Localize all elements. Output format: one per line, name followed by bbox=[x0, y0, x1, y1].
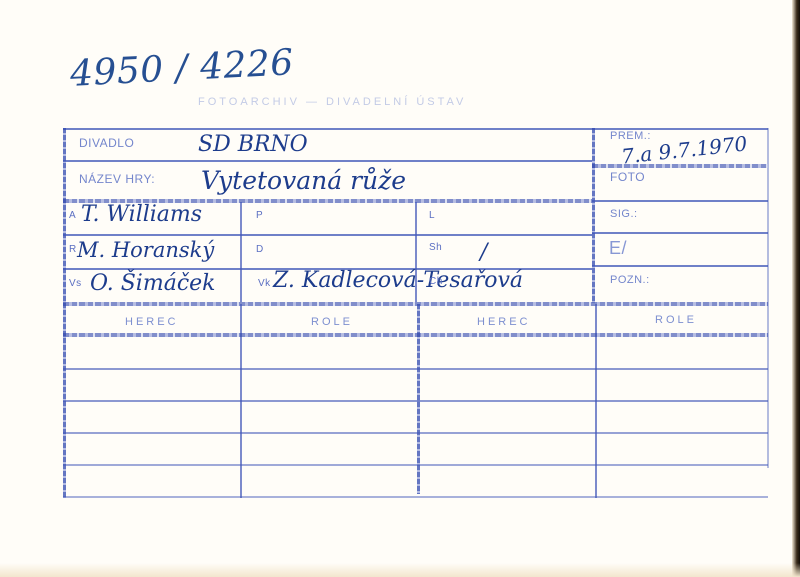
row-line-theatre bbox=[63, 160, 592, 162]
row-line-foto bbox=[592, 200, 768, 202]
record-card-stamp: DIVADLO SD BRNO NÁZEV HRY: Vytetovaná rů… bbox=[63, 128, 768, 498]
credit-value-costume: Z. Kadlecová-Tesařová bbox=[273, 268, 523, 293]
frame-left bbox=[63, 128, 66, 498]
cast-header-role-1: ROLE bbox=[311, 316, 353, 328]
frame-bottom bbox=[63, 496, 768, 498]
credit-label-ch: Ch bbox=[429, 276, 443, 287]
cast-row-line-2 bbox=[63, 400, 768, 402]
credit-label-d: D bbox=[256, 244, 264, 255]
credit-label-sh: Sh bbox=[429, 242, 442, 253]
cast-row-line-1 bbox=[63, 368, 768, 370]
credit-label-director: R bbox=[69, 244, 77, 255]
cast-header-actor-2: HEREC bbox=[477, 316, 531, 328]
frame-top bbox=[63, 128, 768, 130]
premiere-label: PREM.: bbox=[610, 130, 651, 142]
paper-edge bbox=[0, 563, 800, 577]
cast-header-role-2: ROLE bbox=[655, 314, 697, 326]
theatre-label: DIVADLO bbox=[79, 136, 134, 150]
photo-label: FOTO bbox=[610, 170, 645, 184]
credit-label-p: P bbox=[256, 210, 263, 221]
right-column-divider bbox=[592, 128, 595, 303]
row-line-e bbox=[592, 265, 768, 267]
credit-label-costume: Vk bbox=[258, 278, 271, 289]
cast-row-line-4 bbox=[63, 464, 768, 466]
row-line-prem bbox=[592, 164, 768, 168]
play-title-label: NÁZEV HRY: bbox=[79, 172, 155, 186]
cast-row-line-3 bbox=[63, 432, 768, 434]
credit-value-sh: / bbox=[480, 240, 487, 265]
row-line-credits-end bbox=[63, 302, 768, 306]
cast-header-actor-1: HEREC bbox=[125, 316, 179, 328]
credit-value-stage-design: O. Šimáček bbox=[90, 271, 216, 296]
credit-label-l: L bbox=[429, 210, 435, 221]
credit-value-author: T. Williams bbox=[81, 202, 202, 227]
photo-edge-shadow bbox=[792, 0, 800, 577]
signature-label: SIG.: bbox=[610, 208, 638, 220]
row-line-sig bbox=[592, 232, 768, 234]
credit-label-author: A bbox=[69, 210, 76, 221]
row-line-credit-1 bbox=[63, 234, 592, 236]
cast-header-line bbox=[63, 333, 768, 337]
faint-archive-header: FOTOARCHIV — DIVADELNÍ ÚSTAV bbox=[198, 96, 466, 108]
archive-number: 4950 / 4226 bbox=[69, 42, 295, 95]
credit-col-divider-1 bbox=[240, 202, 242, 302]
credit-value-director: M. Horanský bbox=[77, 238, 214, 262]
play-title-value: Vytetovaná růže bbox=[201, 166, 406, 195]
e-label: E/ bbox=[609, 238, 627, 259]
credit-label-stage-design: Vs bbox=[69, 278, 82, 289]
note-label: POZN.: bbox=[610, 274, 650, 286]
frame-right bbox=[767, 128, 769, 468]
theatre-value: SD BRNO bbox=[198, 132, 308, 157]
